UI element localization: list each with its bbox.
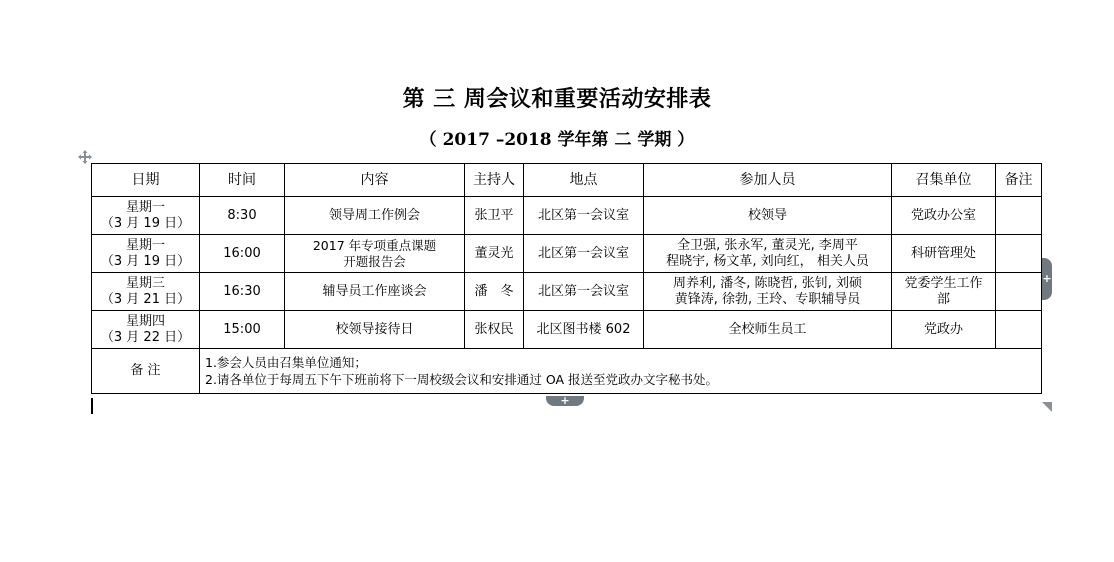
location-cell[interactable]: 北区第一会议室: [524, 273, 644, 311]
date-cell[interactable]: 星期一 （3 月 19 日）: [92, 235, 200, 273]
date-label: （3 月 19 日）: [94, 216, 197, 232]
content-line: 开题报告会: [287, 254, 462, 270]
attendees-line: 全卫强, 张永军, 董灵光, 李周平: [646, 238, 889, 254]
organizer-cell[interactable]: 党政办: [892, 311, 996, 349]
note-line-2: 2.请各单位于每周五下午下班前将下一周校级会议和安排通过 OA 报送至党政办文字…: [205, 371, 1039, 388]
header-time[interactable]: 时间: [200, 164, 285, 197]
attendees-cell[interactable]: 全卫强, 张永军, 董灵光, 李周平 程晓宇, 杨文革, 刘向红， 相关人员: [644, 235, 892, 273]
text-cursor: [91, 398, 93, 414]
time-cell[interactable]: 8:30: [200, 197, 285, 235]
time-cell[interactable]: 16:00: [200, 235, 285, 273]
day-label: 星期四: [94, 314, 197, 330]
add-column-button[interactable]: +: [1042, 258, 1052, 300]
attendees-cell[interactable]: 全校师生员工: [644, 311, 892, 349]
date-label: （3 月 22 日）: [94, 330, 197, 346]
date-cell[interactable]: 星期四 （3 月 22 日）: [92, 311, 200, 349]
resize-icon: [1042, 402, 1052, 412]
attendees-cell[interactable]: 校领导: [644, 197, 892, 235]
header-organizer[interactable]: 召集单位: [892, 164, 996, 197]
remark-cell[interactable]: [996, 311, 1042, 349]
host-cell[interactable]: 董灵光: [465, 235, 524, 273]
date-label: （3 月 21 日）: [94, 292, 197, 308]
header-content[interactable]: 内容: [285, 164, 465, 197]
organizer-cell[interactable]: 党政办公室: [892, 197, 996, 235]
table-row: 星期一 （3 月 19 日） 16:00 2017 年专项重点课题 开题报告会 …: [92, 235, 1042, 273]
header-attendees[interactable]: 参加人员: [644, 164, 892, 197]
organizer-line: 部: [894, 292, 993, 308]
attendees-cell[interactable]: 周养利, 潘冬, 陈晓哲, 张钊, 刘硕 黄锋涛, 徐勃, 王玲、专职辅导员: [644, 273, 892, 311]
day-label: 星期三: [94, 276, 197, 292]
organizer-cell[interactable]: 科研管理处: [892, 235, 996, 273]
location-cell[interactable]: 北区第一会议室: [524, 235, 644, 273]
day-label: 星期一: [94, 238, 197, 254]
host-cell[interactable]: 潘 冬: [465, 273, 524, 311]
plus-icon: +: [560, 394, 569, 407]
location-cell[interactable]: 北区图书楼 602: [524, 311, 644, 349]
plus-icon: +: [1042, 272, 1051, 285]
content-cell[interactable]: 2017 年专项重点课题 开题报告会: [285, 235, 465, 273]
table-header-row: 日期 时间 内容 主持人 地点 参加人员 召集单位 备注: [92, 164, 1042, 197]
notes-content-cell[interactable]: 1.参会人员由召集单位通知； 2.请各单位于每周五下午下班前将下一周校级会议和安…: [200, 349, 1042, 394]
note-line-1: 1.参会人员由召集单位通知；: [205, 354, 1039, 371]
header-remark[interactable]: 备注: [996, 164, 1042, 197]
header-host[interactable]: 主持人: [465, 164, 524, 197]
time-cell[interactable]: 16:30: [200, 273, 285, 311]
host-cell[interactable]: 张权民: [465, 311, 524, 349]
remark-cell[interactable]: [996, 235, 1042, 273]
organizer-line: 党委学生工作: [894, 276, 993, 292]
content-line: 2017 年专项重点课题: [287, 238, 462, 254]
table-resize-handle[interactable]: [1042, 397, 1052, 407]
attendees-line: 周养利, 潘冬, 陈晓哲, 张钊, 刘硕: [646, 276, 889, 292]
header-date[interactable]: 日期: [92, 164, 200, 197]
notes-label-cell[interactable]: 备 注: [92, 349, 200, 394]
table-row: 星期三 （3 月 21 日） 16:30 辅导员工作座谈会 潘 冬 北区第一会议…: [92, 273, 1042, 311]
organizer-cell[interactable]: 党委学生工作 部: [892, 273, 996, 311]
document-title: 第 三 周会议和重要活动安排表: [0, 84, 1114, 114]
attendees-line: 程晓宇, 杨文革, 刘向红， 相关人员: [646, 254, 889, 270]
content-cell[interactable]: 辅导员工作座谈会: [285, 273, 465, 311]
header-location[interactable]: 地点: [524, 164, 644, 197]
content-cell[interactable]: 校领导接待日: [285, 311, 465, 349]
remark-cell[interactable]: [996, 273, 1042, 311]
attendees-line: 黄锋涛, 徐勃, 王玲、专职辅导员: [646, 292, 889, 308]
add-row-button[interactable]: +: [546, 396, 584, 406]
table-row: 星期四 （3 月 22 日） 15:00 校领导接待日 张权民 北区图书楼 60…: [92, 311, 1042, 349]
remark-cell[interactable]: [996, 197, 1042, 235]
date-cell[interactable]: 星期一 （3 月 19 日）: [92, 197, 200, 235]
content-cell[interactable]: 领导周工作例会: [285, 197, 465, 235]
table-move-handle[interactable]: [78, 149, 92, 163]
date-cell[interactable]: 星期三 （3 月 21 日）: [92, 273, 200, 311]
host-cell[interactable]: 张卫平: [465, 197, 524, 235]
day-label: 星期一: [94, 200, 197, 216]
location-cell[interactable]: 北区第一会议室: [524, 197, 644, 235]
move-icon: [78, 150, 92, 164]
notes-row: 备 注 1.参会人员由召集单位通知； 2.请各单位于每周五下午下班前将下一周校级…: [92, 349, 1042, 394]
table-row: 星期一 （3 月 19 日） 8:30 领导周工作例会 张卫平 北区第一会议室 …: [92, 197, 1042, 235]
time-cell[interactable]: 15:00: [200, 311, 285, 349]
date-label: （3 月 19 日）: [94, 254, 197, 270]
schedule-table: 日期 时间 内容 主持人 地点 参加人员 召集单位 备注 星期一 （3 月 19…: [91, 163, 1042, 394]
document-subtitle: （ 2017 –2018 学年第 二 学期 ）: [0, 127, 1114, 153]
